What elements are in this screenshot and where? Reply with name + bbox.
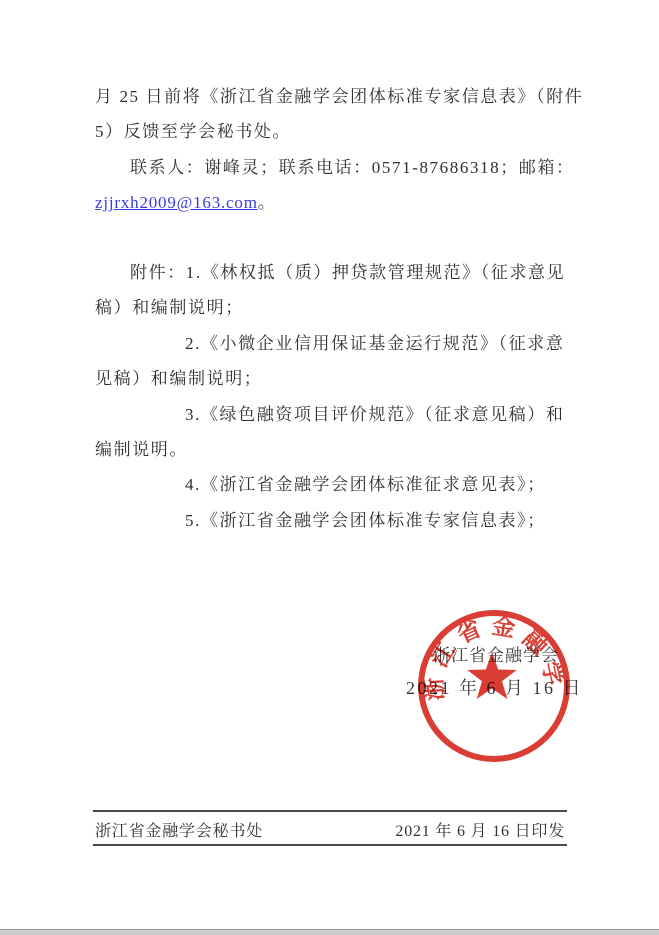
contact-line: 联系人：谢峰灵；联系电话：0571-87686318；邮箱： [130, 157, 575, 179]
attachment-2-cont: 见稿）和编制说明； [95, 368, 262, 390]
seal-star-icon [467, 652, 516, 699]
email-period: 。 [258, 193, 277, 212]
body-line-2: 5）反馈至学会秘书处。 [95, 121, 291, 143]
footer-row: 浙江省金融学会秘书处 2021 年 6 月 16 日印发 [95, 818, 565, 841]
body-line-1: 月 25 日前将《浙江省金融学会团体标准专家信息表》（附件 [95, 86, 583, 108]
footer-rule-bottom [93, 844, 567, 846]
attachment-1-cont: 稿）和编制说明； [95, 297, 244, 319]
official-seal-stamp: 浙江省金融学会 [414, 606, 574, 766]
attachment-3-cont: 编制说明。 [95, 439, 188, 461]
document-page: 月 25 日前将《浙江省金融学会团体标准专家信息表》（附件 5）反馈至学会秘书处… [0, 0, 659, 935]
viewport-bottom-bar [0, 929, 659, 935]
attachment-intro: 附件：1.《林权抵（质）押贷款管理规范》（征求意见 [130, 262, 565, 284]
attachment-2: 2.《小微企业信用保证基金运行规范》（征求意 [185, 333, 564, 355]
footer-rule-top [93, 810, 567, 812]
footer-print-date: 2021 年 6 月 16 日印发 [395, 818, 565, 841]
email-line: zjjrxh2009@163.com。 [95, 192, 276, 214]
attachment-4: 4.《浙江省金融学会团体标准征求意见表》； [185, 474, 546, 496]
email-link[interactable]: zjjrxh2009@163.com [95, 193, 258, 212]
attachment-3: 3.《绿色融资项目评价规范》（征求意见稿）和 [185, 404, 564, 426]
footer-issuer: 浙江省金融学会秘书处 [95, 818, 263, 841]
attachment-5: 5.《浙江省金融学会团体标准专家信息表》； [185, 510, 546, 532]
